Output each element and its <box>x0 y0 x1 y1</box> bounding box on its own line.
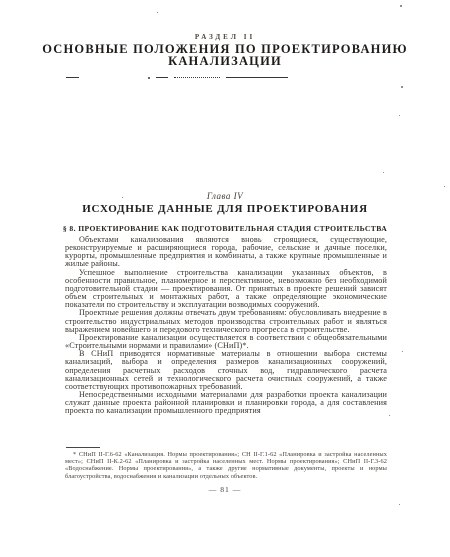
rule-dash <box>156 77 168 78</box>
rule-solid-segment <box>226 77 288 78</box>
footnote: * СНиП II-Г.6-62 «Канализация. Нормы про… <box>65 451 387 480</box>
page-number: — 81 — <box>0 485 450 494</box>
paragraph-6: Непосредственными исходными материалами … <box>65 391 387 415</box>
margin-dash-rule <box>66 77 79 78</box>
body-text-column: Объектами канализования являются вновь с… <box>65 236 387 415</box>
document-title: ОСНОВНЫЕ ПОЛОЖЕНИЯ ПО ПРОЕКТИРОВАНИЮ КАН… <box>0 44 450 67</box>
paragraph-5: В СНиП приводятся нормативные материалы … <box>65 350 387 391</box>
scan-noise-speck <box>122 197 123 198</box>
scan-noise-speck <box>401 86 403 88</box>
rule-dotted-segment <box>174 77 220 78</box>
paragraph-1: Объектами канализования являются вновь с… <box>65 236 387 269</box>
section-label: РАЗДЕЛ II <box>0 33 450 41</box>
scan-noise-speck <box>157 12 158 13</box>
section-heading: § 8. ПРОЕКТИРОВАНИЕ КАК ПОДГОТОВИТЕЛЬНАЯ… <box>0 224 450 233</box>
footnote-separator-rule <box>66 447 100 448</box>
scan-noise-speck <box>389 415 390 416</box>
paragraph-3: Проектные решения должны отвечать двум т… <box>65 309 387 333</box>
chapter-title: ИСХОДНЫЕ ДАННЫЕ ДЛЯ ПРОЕКТИРОВАНИЯ <box>0 203 450 215</box>
rule-dot <box>148 77 150 79</box>
scan-noise-speck <box>402 351 403 352</box>
document-title-line-2: КАНАЛИЗАЦИИ <box>168 54 282 68</box>
scan-noise-speck <box>400 5 402 7</box>
scan-noise-speck <box>383 172 384 173</box>
scan-noise-speck <box>399 115 400 116</box>
scanned-book-page: РАЗДЕЛ II ОСНОВНЫЕ ПОЛОЖЕНИЯ ПО ПРОЕКТИР… <box>0 0 450 557</box>
chapter-label: Глава IV <box>0 191 450 201</box>
paragraph-2: Успешное выполнение строительства канали… <box>65 269 387 310</box>
scan-noise-speck <box>399 504 400 505</box>
scan-noise-speck <box>444 186 445 187</box>
paragraph-4: Проектирование канализации осуществляетс… <box>65 334 387 350</box>
title-ornament-rule <box>148 76 302 79</box>
